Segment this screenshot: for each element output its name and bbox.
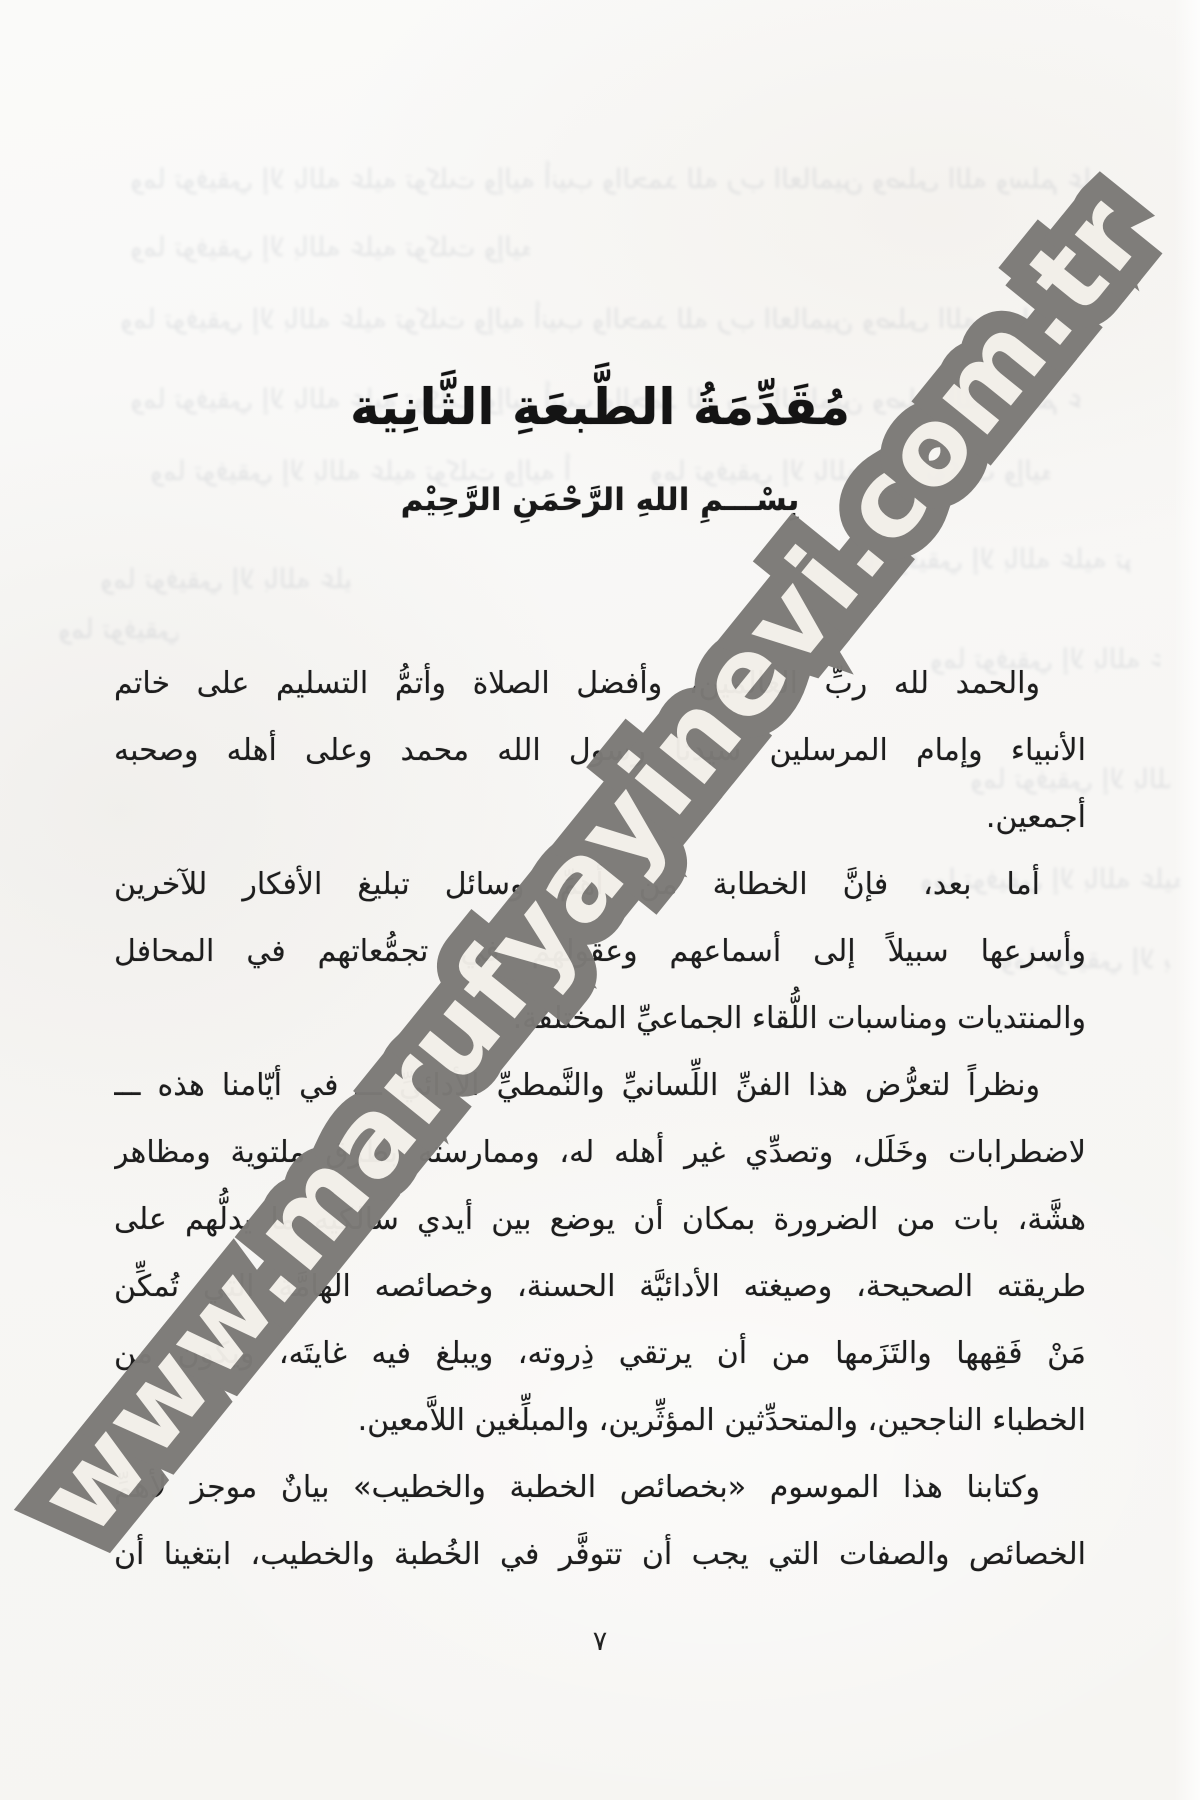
- text-line: وكتابنا هذا الموسوم «بخصائص الخطبة والخط…: [114, 1454, 1086, 1521]
- text-line: لاضطرابات وخَلَل، وتصدِّي غير أهله له، و…: [114, 1119, 1086, 1186]
- text-line: الخطباء الناجحين، والمتحدِّثين المؤثِّري…: [114, 1387, 1086, 1454]
- text-line: والحمد لله ربِّ العالمين، وأفضل الصلاة و…: [114, 650, 1086, 717]
- text-line: طريقته الصحيحة، وصيغته الأدائيَّة الحسنة…: [114, 1253, 1086, 1320]
- text-line: الخصائص والصفات التي يجب أن تتوفَّر في ا…: [114, 1521, 1086, 1588]
- ghost-line: وما توفيقي إلا بالله عليه توكلت وإليه أن…: [58, 610, 178, 650]
- text-line: ونظراً لتعرُّض هذا الفنِّ اللِّسانيِّ وا…: [114, 1052, 1086, 1119]
- text-line: وأسرعها سبيلاً إلى أسماعهم وعقولهم في تج…: [114, 918, 1086, 985]
- text-line: أجمعين.: [114, 784, 1086, 851]
- book-page: وما توفيقي إلا بالله عليه توكلت وإليه أن…: [0, 0, 1200, 1800]
- ghost-line: وما توفيقي إلا بالله عليه توكلت وإليه أن…: [100, 560, 350, 600]
- page-number: ٧: [0, 1626, 1200, 1657]
- scan-edge-highlight: [1174, 0, 1200, 1800]
- text-line: مَنْ فَقِهها والتَزَمها من أن يرتقي ذِرو…: [114, 1320, 1086, 1387]
- ghost-line: وما توفيقي إلا بالله عليه توكلت وإليه أن…: [130, 160, 1100, 200]
- text-line: أما بعد، فإنَّ الخطابة من أهمِّ وسائل تب…: [114, 851, 1086, 918]
- ghost-line: وما توفيقي إلا بالله عليه توكلت وإليه أن…: [130, 228, 530, 268]
- page-title: مُقَدِّمَةُ الطَّبعَةِ الثَّانِيَة: [0, 378, 1200, 436]
- text-line: الأنبياء وإمام المرسلين سيدنا رسول الله …: [114, 717, 1086, 784]
- ghost-line: وما توفيقي إلا بالله عليه توكلت وإليه أن…: [840, 540, 1130, 580]
- ghost-line: وما توفيقي إلا بالله عليه توكلت وإليه أن…: [120, 300, 1100, 340]
- text-line: والمنتديات ومناسبات اللُّقاء الجماعيِّ ا…: [114, 985, 1086, 1052]
- text-line: هشَّة، بات من الضرورة بمكان أن يوضع بين …: [114, 1186, 1086, 1253]
- body-text: والحمد لله ربِّ العالمين، وأفضل الصلاة و…: [114, 650, 1086, 1588]
- basmala-calligraphy: بِسْـــمِ اللهِ الرَّحْمَنِ الرَّحِيْم: [0, 482, 1200, 518]
